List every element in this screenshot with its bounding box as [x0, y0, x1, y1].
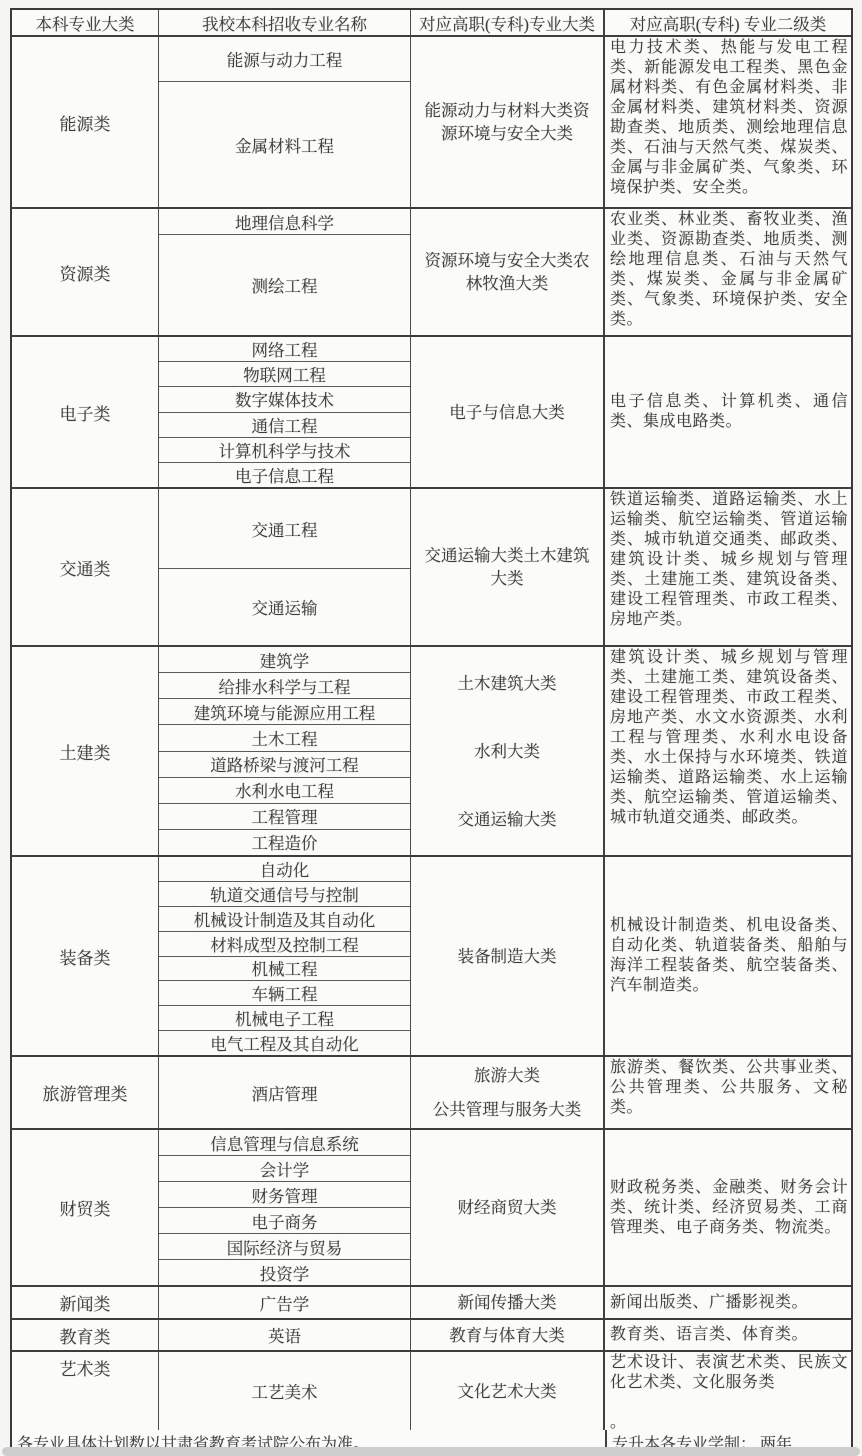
vocational-group-cell: 土木建筑大类水利大类交通运输大类 [411, 647, 605, 855]
vocational-group-label: 公共管理与服务大类 [433, 1098, 582, 1121]
majors-cell: 工艺美术 [159, 1352, 411, 1430]
header-vocational-group: 对应高职(专科)专业大类 [411, 10, 605, 35]
vocational-group-label: 交通运输大类 [458, 808, 557, 831]
major-mapping-table: 本科专业大类 我校本科招收专业名称 对应高职(专科)专业大类 对应高职(专科) … [10, 8, 853, 1456]
secondary-classes-cell: 艺术设计、表演艺术类、民族文化艺术类、文化服务类 。 [605, 1352, 851, 1430]
majors-cell: 建筑学给排水科学与工程建筑环境与能源应用工程土木工程道路桥梁与渡河工程水利水电工… [159, 647, 411, 855]
vocational-group-label: 文化艺术大类 [458, 1380, 557, 1403]
vocational-group-cell: 装备制造大类 [411, 857, 605, 1055]
category-cell: 装备类 [12, 857, 159, 1055]
major-subrow: 通信工程 [159, 413, 410, 438]
major-subrow: 物联网工程 [159, 362, 410, 387]
vocational-group-cell: 财经商贸大类 [411, 1130, 605, 1285]
major-subrow: 数字媒体技术 [159, 387, 410, 412]
secondary-classes-cell: 建筑设计类、城乡规划与管理类、土建施工类、建筑设备类、建设工程管理类、市政工程类… [605, 647, 851, 855]
vocational-group-cell: 能源动力与材料大类资源环境与安全大类 [411, 37, 605, 207]
category-cell: 新闻类 [12, 1287, 159, 1318]
major-subrow: 机械设计制造及其自动化 [159, 907, 410, 932]
table-row: 旅游管理类酒店管理旅游大类公共管理与服务大类旅游类、餐饮类、公共事业类、公共管理… [12, 1057, 851, 1130]
major-subrow: 机械电子工程 [159, 1006, 410, 1031]
header-undergrad-category: 本科专业大类 [12, 10, 159, 35]
major-subrow: 水利水电工程 [159, 778, 410, 804]
majors-cell: 能源与动力工程金属材料工程 [159, 37, 411, 207]
secondary-classes-cell: 教育类、语言类、体育类。 [605, 1320, 851, 1350]
vocational-group-label: 交通运输大类土木建筑大类 [419, 544, 595, 590]
major-subrow: 交通运输 [159, 569, 410, 645]
secondary-classes-text: 旅游类、餐饮类、公共事业类、公共管理类、公共服务、文秘类。 [610, 1058, 848, 1118]
vocational-group-label: 旅游大类 [474, 1064, 540, 1087]
photo-bottom-edge [2, 1447, 860, 1456]
majors-cell: 地理信息科学测绘工程 [159, 209, 411, 335]
major-subrow: 工程造价 [159, 830, 410, 855]
category-cell: 电子类 [12, 337, 159, 487]
secondary-classes-text: 电力技术类、热能与发电工程类、新能源发电工程类、黑色金属材料类、有色金属材料类、… [610, 38, 848, 198]
secondary-classes-cell: 铁道运输类、道路运输类、水上运输类、航空运输类、管道运输类、城市轨道交通类、邮政… [605, 489, 851, 645]
major-subrow: 机械工程 [159, 957, 410, 982]
table-body: 能源类能源与动力工程金属材料工程能源动力与材料大类资源环境与安全大类电力技术类、… [12, 37, 851, 1430]
major-subrow: 信息管理与信息系统 [159, 1130, 410, 1156]
vocational-group-cell: 旅游大类公共管理与服务大类 [411, 1057, 605, 1128]
secondary-classes-text: 新闻出版类、广播影视类。 [610, 1293, 848, 1313]
vocational-group-cell: 电子与信息大类 [411, 337, 605, 487]
scanned-document-page: 本科专业大类 我校本科招收专业名称 对应高职(专科)专业大类 对应高职(专科) … [0, 0, 862, 1456]
secondary-classes-text: 教育类、语言类、体育类。 [610, 1325, 848, 1345]
secondary-classes-text: 机械设计制造类、机电设备类、自动化类、轨道装备类、船舶与海洋工程装备类、航空装备… [610, 916, 848, 996]
major-subrow: 交通工程 [159, 489, 410, 569]
category-cell: 土建类 [12, 647, 159, 855]
major-subrow: 电气工程及其自动化 [159, 1031, 410, 1055]
major-subrow: 工艺美术 [159, 1352, 410, 1430]
major-subrow: 网络工程 [159, 337, 410, 362]
category-cell: 能源类 [12, 37, 159, 207]
category-cell: 艺术类 [12, 1352, 159, 1430]
vocational-group-label: 新闻传播大类 [458, 1291, 557, 1314]
secondary-classes-text: 铁道运输类、道路运输类、水上运输类、航空运输类、管道运输类、城市轨道交通类、邮政… [610, 490, 848, 630]
table-row: 艺术类工艺美术文化艺术大类艺术设计、表演艺术类、民族文化艺术类、文化服务类 。 [12, 1352, 851, 1430]
major-subrow: 电子商务 [159, 1208, 410, 1234]
vocational-group-cell: 新闻传播大类 [411, 1287, 605, 1318]
table-row: 资源类地理信息科学测绘工程资源环境与安全大类农林牧渔大类农业类、林业类、畜牧业类… [12, 209, 851, 337]
major-subrow: 会计学 [159, 1156, 410, 1182]
category-cell: 教育类 [12, 1320, 159, 1350]
secondary-classes-text: 财政税务类、金融类、财务会计类、统计类、经济贸易类、工商管理类、电子商务类、物流… [610, 1178, 848, 1238]
major-subrow: 测绘工程 [159, 235, 410, 335]
category-cell: 旅游管理类 [12, 1057, 159, 1128]
table-row: 交通类交通工程交通运输交通运输大类土木建筑大类铁道运输类、道路运输类、水上运输类… [12, 489, 851, 647]
secondary-classes-cell: 财政税务类、金融类、财务会计类、统计类、经济贸易类、工商管理类、电子商务类、物流… [605, 1130, 851, 1285]
major-subrow: 投资学 [159, 1260, 410, 1285]
vocational-group-label: 财经商贸大类 [458, 1196, 557, 1219]
category-cell: 资源类 [12, 209, 159, 335]
secondary-classes-cell: 电子信息类、计算机类、通信类、集成电路类。 [605, 337, 851, 487]
category-cell: 交通类 [12, 489, 159, 645]
header-vocational-secondary: 对应高职(专科) 专业二级类 [605, 10, 851, 35]
majors-cell: 信息管理与信息系统会计学财务管理电子商务国际经济与贸易投资学 [159, 1130, 411, 1285]
vocational-group-label: 装备制造大类 [458, 945, 557, 968]
major-subrow: 广告学 [159, 1287, 410, 1318]
vocational-group-cell: 交通运输大类土木建筑大类 [411, 489, 605, 645]
majors-cell: 网络工程物联网工程数字媒体技术通信工程计算机科学与技术电子信息工程 [159, 337, 411, 487]
vocational-group-cell: 教育与体育大类 [411, 1320, 605, 1350]
secondary-classes-cell: 机械设计制造类、机电设备类、自动化类、轨道装备类、船舶与海洋工程装备类、航空装备… [605, 857, 851, 1055]
major-subrow: 地理信息科学 [159, 209, 410, 235]
category-cell: 财贸类 [12, 1130, 159, 1285]
major-subrow: 国际经济与贸易 [159, 1234, 410, 1260]
vocational-group-cell: 文化艺术大类 [411, 1352, 605, 1430]
table-row: 财贸类信息管理与信息系统会计学财务管理电子商务国际经济与贸易投资学财经商贸大类财… [12, 1130, 851, 1287]
major-subrow: 工程管理 [159, 804, 410, 830]
major-subrow: 英语 [159, 1320, 410, 1350]
major-subrow: 自动化 [159, 857, 410, 882]
majors-cell: 自动化轨道交通信号与控制机械设计制造及其自动化材料成型及控制工程机械工程车辆工程… [159, 857, 411, 1055]
major-subrow: 道路桥梁与渡河工程 [159, 752, 410, 778]
header-admitted-majors: 我校本科招收专业名称 [159, 10, 411, 35]
vocational-group-label: 水利大类 [474, 740, 540, 763]
table-row: 装备类自动化轨道交通信号与控制机械设计制造及其自动化材料成型及控制工程机械工程车… [12, 857, 851, 1057]
vocational-group-label: 能源动力与材料大类资源环境与安全大类 [419, 99, 595, 145]
majors-cell: 英语 [159, 1320, 411, 1350]
vocational-group-label: 电子与信息大类 [449, 401, 565, 424]
table-row: 新闻类广告学新闻传播大类新闻出版类、广播影视类。 [12, 1287, 851, 1320]
major-subrow: 计算机科学与技术 [159, 438, 410, 463]
secondary-classes-cell: 农业类、林业类、畜牧业类、渔业类、资源勘查类、地质类、测绘地理信息类、石油与天然… [605, 209, 851, 335]
majors-cell: 酒店管理 [159, 1057, 411, 1128]
major-subrow: 轨道交通信号与控制 [159, 882, 410, 907]
vocational-group-label: 教育与体育大类 [449, 1324, 565, 1347]
vocational-group-label: 土木建筑大类 [458, 672, 557, 695]
table-row: 土建类建筑学给排水科学与工程建筑环境与能源应用工程土木工程道路桥梁与渡河工程水利… [12, 647, 851, 857]
secondary-classes-text: 艺术设计、表演艺术类、民族文化艺术类、文化服务类 。 [610, 1353, 848, 1430]
secondary-classes-text: 农业类、林业类、畜牧业类、渔业类、资源勘查类、地质类、测绘地理信息类、石油与天然… [610, 210, 848, 330]
major-subrow: 给排水科学与工程 [159, 673, 410, 699]
table-header-row: 本科专业大类 我校本科招收专业名称 对应高职(专科)专业大类 对应高职(专科) … [12, 10, 851, 37]
majors-cell: 广告学 [159, 1287, 411, 1318]
table-row: 电子类网络工程物联网工程数字媒体技术通信工程计算机科学与技术电子信息工程电子与信… [12, 337, 851, 489]
secondary-classes-text: 建筑设计类、城乡规划与管理类、土建施工类、建筑设备类、建设工程管理类、市政工程类… [610, 648, 848, 828]
major-subrow: 建筑环境与能源应用工程 [159, 699, 410, 725]
major-subrow: 材料成型及控制工程 [159, 932, 410, 957]
majors-cell: 交通工程交通运输 [159, 489, 411, 645]
secondary-classes-cell: 新闻出版类、广播影视类。 [605, 1287, 851, 1318]
major-subrow: 能源与动力工程 [159, 37, 410, 82]
major-subrow: 土木工程 [159, 725, 410, 751]
major-subrow: 建筑学 [159, 647, 410, 673]
table-row: 能源类能源与动力工程金属材料工程能源动力与材料大类资源环境与安全大类电力技术类、… [12, 37, 851, 209]
secondary-classes-cell: 旅游类、餐饮类、公共事业类、公共管理类、公共服务、文秘类。 [605, 1057, 851, 1128]
table-row: 教育类英语教育与体育大类教育类、语言类、体育类。 [12, 1320, 851, 1352]
major-subrow: 金属材料工程 [159, 82, 410, 207]
vocational-group-label: 资源环境与安全大类农林牧渔大类 [419, 249, 595, 295]
major-subrow: 电子信息工程 [159, 463, 410, 487]
major-subrow: 财务管理 [159, 1182, 410, 1208]
secondary-classes-text: 电子信息类、计算机类、通信类、集成电路类。 [610, 392, 848, 432]
major-subrow: 酒店管理 [159, 1057, 410, 1128]
major-subrow: 车辆工程 [159, 981, 410, 1006]
secondary-classes-cell: 电力技术类、热能与发电工程类、新能源发电工程类、黑色金属材料类、有色金属材料类、… [605, 37, 851, 207]
vocational-group-cell: 资源环境与安全大类农林牧渔大类 [411, 209, 605, 335]
